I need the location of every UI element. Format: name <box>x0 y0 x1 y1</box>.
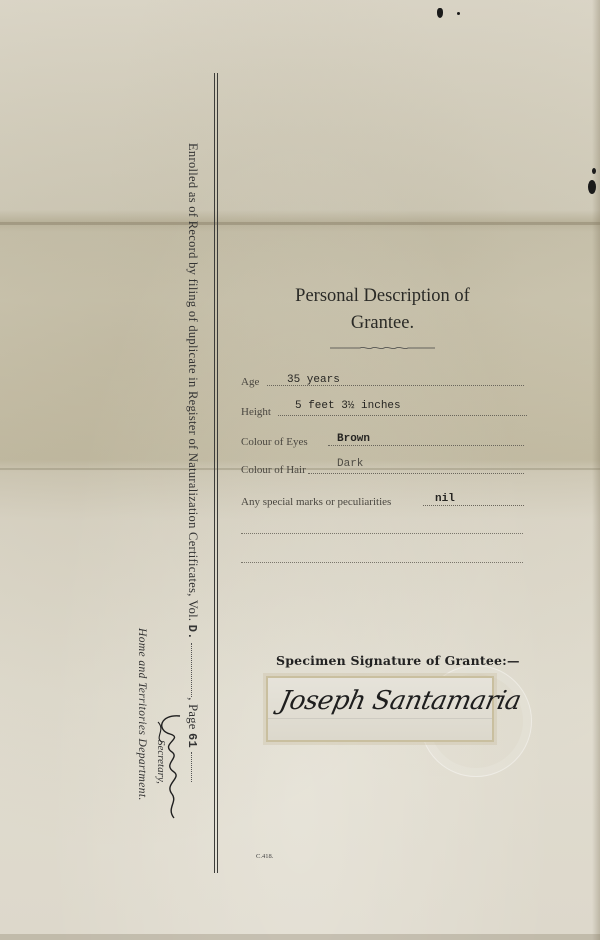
enrollment-record-text: Enrolled as of Record by filing of dupli… <box>185 143 200 782</box>
decorative-rule <box>330 345 435 351</box>
ink-spot <box>592 168 596 174</box>
field-label: Colour of Hair <box>241 464 306 476</box>
field-value: Brown <box>337 433 370 445</box>
paper-edge <box>0 934 600 940</box>
field-height: Height 5 feet 3½ inches <box>241 398 527 418</box>
title-line-1: Personal Description of <box>270 283 495 310</box>
ink-spot <box>588 180 596 194</box>
dotted-line <box>423 505 524 506</box>
field-eye-colour: Colour of Eyes Brown <box>241 432 524 448</box>
dotted-leader <box>191 643 193 697</box>
specimen-signature-label: Specimen Signature of Grantee:— <box>276 653 520 668</box>
ink-spot <box>437 8 443 18</box>
field-label: Any special marks or peculiarities <box>241 496 391 508</box>
ruled-line <box>268 718 492 719</box>
field-value: 35 years <box>287 374 340 386</box>
field-label: Colour of Eyes <box>241 436 308 448</box>
dotted-line <box>308 473 524 474</box>
volume-value: D. <box>185 625 199 640</box>
dotted-line <box>328 445 524 446</box>
page-label: Page <box>186 704 200 730</box>
ink-spot <box>457 12 460 15</box>
field-label: Age <box>241 376 259 388</box>
vertical-double-rule <box>214 73 218 873</box>
dotted-leader <box>191 752 193 782</box>
enrollment-text: Enrolled as of Record by filing of dupli… <box>186 143 200 621</box>
certificate-page: Enrolled as of Record by filing of dupli… <box>0 0 600 940</box>
secretary-title: Secretary, <box>155 740 167 784</box>
field-label: Height <box>241 406 271 418</box>
signature-slip: Joseph Santamaria <box>266 676 494 742</box>
field-special-marks: Any special marks or peculiarities nil <box>241 492 524 508</box>
field-age: Age 35 years <box>241 370 524 388</box>
title-line-2: Grantee. <box>270 310 495 337</box>
paper-fold <box>0 222 600 225</box>
dotted-line <box>278 415 527 416</box>
grantee-signature: Joseph Santamaria <box>277 686 524 716</box>
field-hair-colour: Colour of Hair Dark <box>241 460 524 476</box>
paper-edge <box>592 0 600 940</box>
form-number: C.418. <box>256 853 273 860</box>
field-value: nil <box>435 493 455 505</box>
blank-dotted-line <box>241 562 523 563</box>
field-value: Dark <box>337 458 363 470</box>
field-value: 5 feet 3½ inches <box>295 400 401 412</box>
department-name: Home and Territories Department. <box>136 628 148 801</box>
page-title: Personal Description of Grantee. <box>270 283 495 337</box>
blank-dotted-line <box>241 533 523 534</box>
